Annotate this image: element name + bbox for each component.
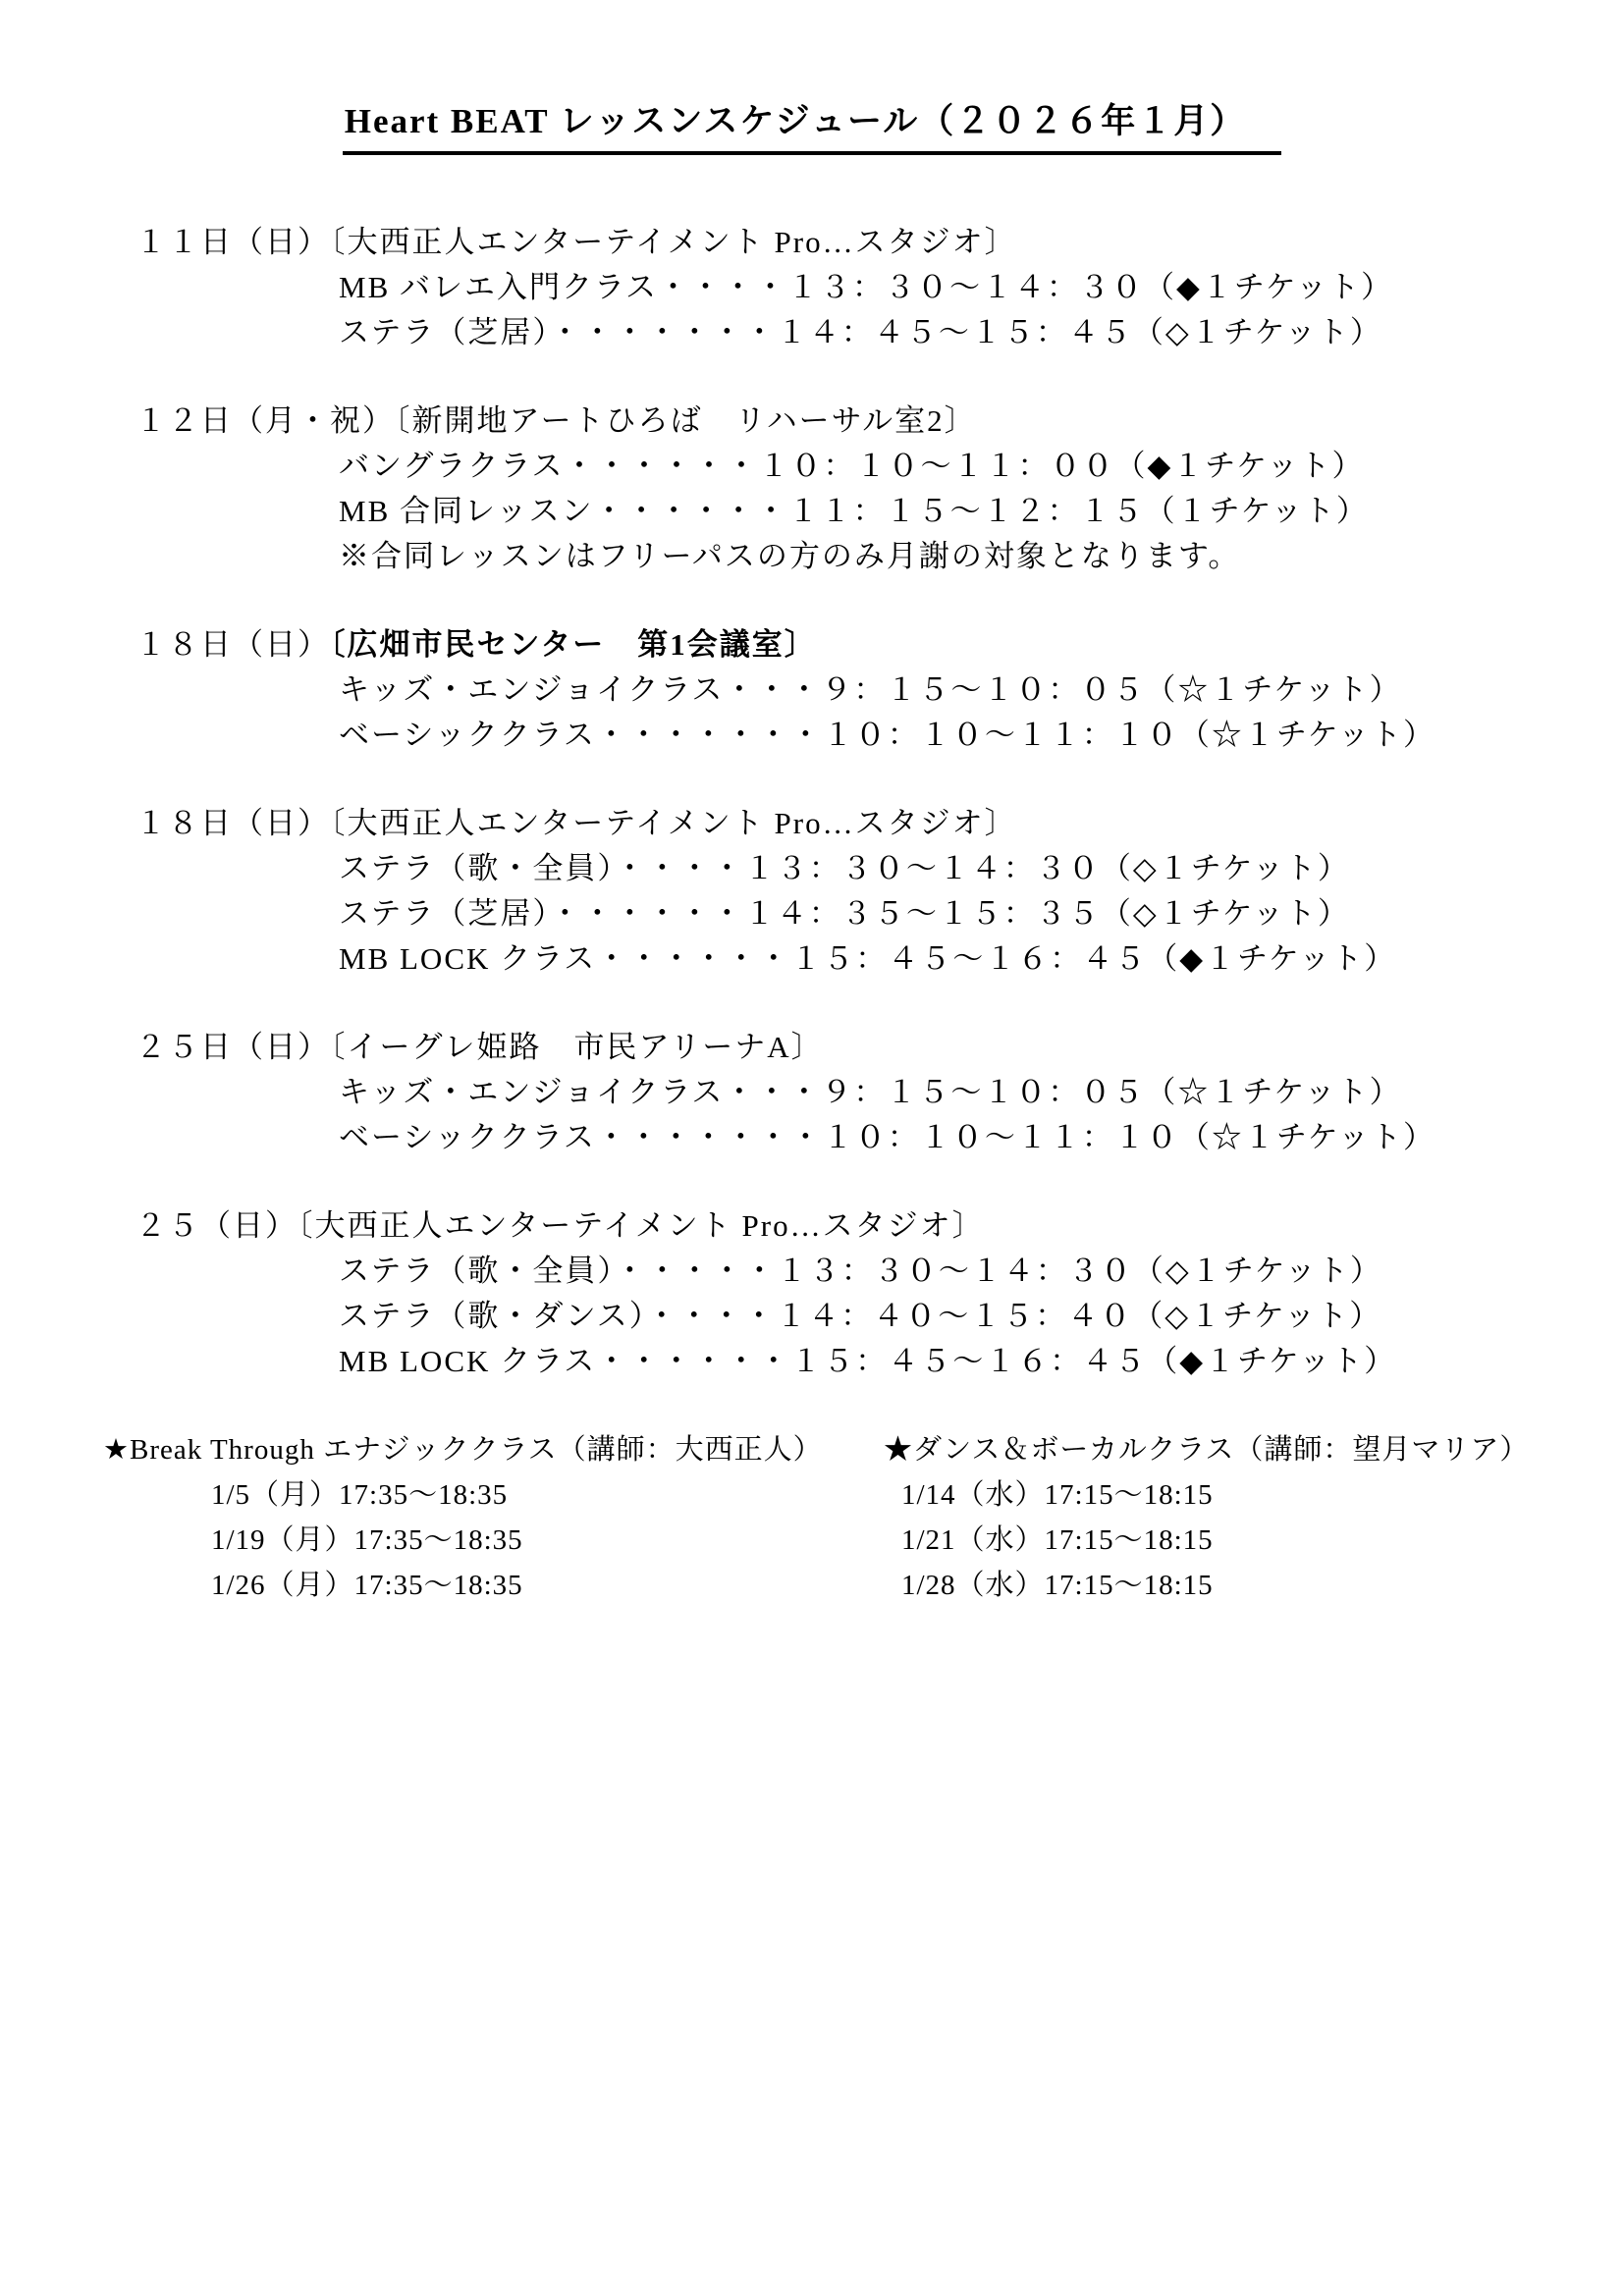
block-date: １８日（日） (135, 806, 330, 840)
block-venue: 〔大西正人エンターテイメント Pro…スタジオ〕 (298, 1208, 985, 1243)
lesson-line: ベーシッククラス・・・・・・・１０：１０～１１：１０（☆１チケット） (339, 1115, 1624, 1160)
block-header: １８日（日）〔広畑市民センター 第1会議室〕 (135, 622, 1624, 667)
session-line: 1/5（月）17:35～18:35 (211, 1472, 884, 1518)
schedule-block-jan25-studio: ２５（日）〔大西正人エンターテイメント Pro…スタジオ〕 ステラ（歌・全員）・… (0, 1203, 1624, 1384)
block-date: １１日（日） (135, 225, 330, 259)
lesson-line: ステラ（歌・全員）・・・・１３：３０～１４：３０（◇１チケット） (339, 846, 1624, 891)
lesson-line: ステラ（歌・ダンス）・・・・１４：４０～１５：４０（◇１チケット） (339, 1294, 1624, 1339)
block-venue: 〔大西正人エンターテイメント Pro…スタジオ〕 (330, 806, 1017, 840)
session-line: 1/21（水）17:15～18:15 (901, 1518, 1624, 1563)
lesson-line: バングラクラス・・・・・・１０：１０～１１：００（◆１チケット） (339, 444, 1624, 489)
lesson-line: ステラ（芝居）・・・・・・１４：３５～１５：３５（◇１チケット） (339, 891, 1624, 936)
lesson-line: キッズ・エンジョイクラス・・・９：１５～１０：０５（☆１チケット） (339, 1070, 1624, 1115)
lesson-line: MB LOCK クラス・・・・・・１５：４５～１６：４５（◆１チケット） (339, 1339, 1624, 1384)
schedule-block-jan18-studio: １８日（日）〔大西正人エンターテイメント Pro…スタジオ〕 ステラ（歌・全員）… (0, 801, 1624, 982)
title-row: Heart BEAT レッスンスケジュール（２０２６年１月） (0, 0, 1624, 155)
lesson-line: MB バレエ入門クラス・・・・１３：３０～１４：３０（◆１チケット） (339, 265, 1624, 310)
session-line: 1/19（月）17:35～18:35 (211, 1518, 884, 1563)
weekly-class-dance-vocal: ★ダンス＆ボーカルクラス（講師：望月マリア） 1/14（水）17:15～18:1… (884, 1427, 1624, 1608)
page-title: Heart BEAT レッスンスケジュール（２０２６年１月） (343, 94, 1282, 155)
block-venue: 〔大西正人エンターテイメント Pro…スタジオ〕 (330, 225, 1017, 259)
lesson-line: ステラ（芝居）・・・・・・・１４：４５～１５：４５（◇１チケット） (339, 310, 1624, 355)
block-header: １１日（日）〔大西正人エンターテイメント Pro…スタジオ〕 (135, 220, 1624, 265)
lesson-line: ステラ（歌・全員）・・・・・１３：３０～１４：３０（◇１チケット） (339, 1249, 1624, 1294)
block-header: １８日（日）〔大西正人エンターテイメント Pro…スタジオ〕 (135, 801, 1624, 846)
schedule-content: １１日（日）〔大西正人エンターテイメント Pro…スタジオ〕 MB バレエ入門ク… (0, 220, 1624, 1608)
lesson-schedule-document: Heart BEAT レッスンスケジュール（２０２６年１月） １１日（日）〔大西… (0, 0, 1624, 2296)
session-line: 1/26（月）17:35～18:35 (211, 1563, 884, 1608)
block-header: ２５（日）〔大西正人エンターテイメント Pro…スタジオ〕 (135, 1203, 1624, 1249)
weekly-class-break-through: ★Break Through エナジッククラス（講師：大西正人） 1/5（月）1… (103, 1427, 884, 1608)
class-heading: ★Break Through エナジッククラス（講師：大西正人） (103, 1427, 884, 1472)
schedule-block-jan11: １１日（日）〔大西正人エンターテイメント Pro…スタジオ〕 MB バレエ入門ク… (0, 220, 1624, 355)
schedule-block-jan25-egret: ２５日（日）〔イーグレ姫路 市民アリーナA〕 キッズ・エンジョイクラス・・・９：… (0, 1025, 1624, 1160)
block-date: １２日（月・祝） (135, 403, 395, 438)
schedule-block-jan18-hirohata: １８日（日）〔広畑市民センター 第1会議室〕 キッズ・エンジョイクラス・・・９：… (0, 622, 1624, 758)
block-date: ２５（日） (135, 1208, 298, 1243)
lesson-line: MB LOCK クラス・・・・・・１５：４５～１６：４５（◆１チケット） (339, 936, 1624, 982)
block-header: ２５日（日）〔イーグレ姫路 市民アリーナA〕 (135, 1025, 1624, 1070)
note-line: ※合同レッスンはフリーパスの方のみ月謝の対象となります。 (339, 534, 1624, 579)
block-date: ２５日（日） (135, 1030, 330, 1064)
block-venue: 〔イーグレ姫路 市民アリーナA〕 (330, 1030, 824, 1064)
block-header: １２日（月・祝）〔新開地アートひろば リハーサル室2〕 (135, 399, 1624, 444)
block-date: １８日（日） (135, 627, 330, 662)
session-line: 1/14（水）17:15～18:15 (901, 1472, 1624, 1518)
weekly-classes-section: ★Break Through エナジッククラス（講師：大西正人） 1/5（月）1… (103, 1427, 1624, 1608)
block-venue: 〔広畑市民センター 第1会議室〕 (330, 627, 817, 662)
schedule-block-jan12: １２日（月・祝）〔新開地アートひろば リハーサル室2〕 バングラクラス・・・・・… (0, 399, 1624, 579)
class-heading: ★ダンス＆ボーカルクラス（講師：望月マリア） (884, 1427, 1624, 1472)
lesson-line: ベーシッククラス・・・・・・・１０：１０～１１：１０（☆１チケット） (339, 713, 1624, 758)
block-venue: 〔新開地アートひろば リハーサル室2〕 (395, 403, 977, 438)
lesson-line: キッズ・エンジョイクラス・・・９：１５～１０：０５（☆１チケット） (339, 667, 1624, 713)
lesson-line: MB 合同レッスン・・・・・・１１：１５～１２：１５（１チケット） (339, 489, 1624, 534)
session-line: 1/28（水）17:15～18:15 (901, 1563, 1624, 1608)
